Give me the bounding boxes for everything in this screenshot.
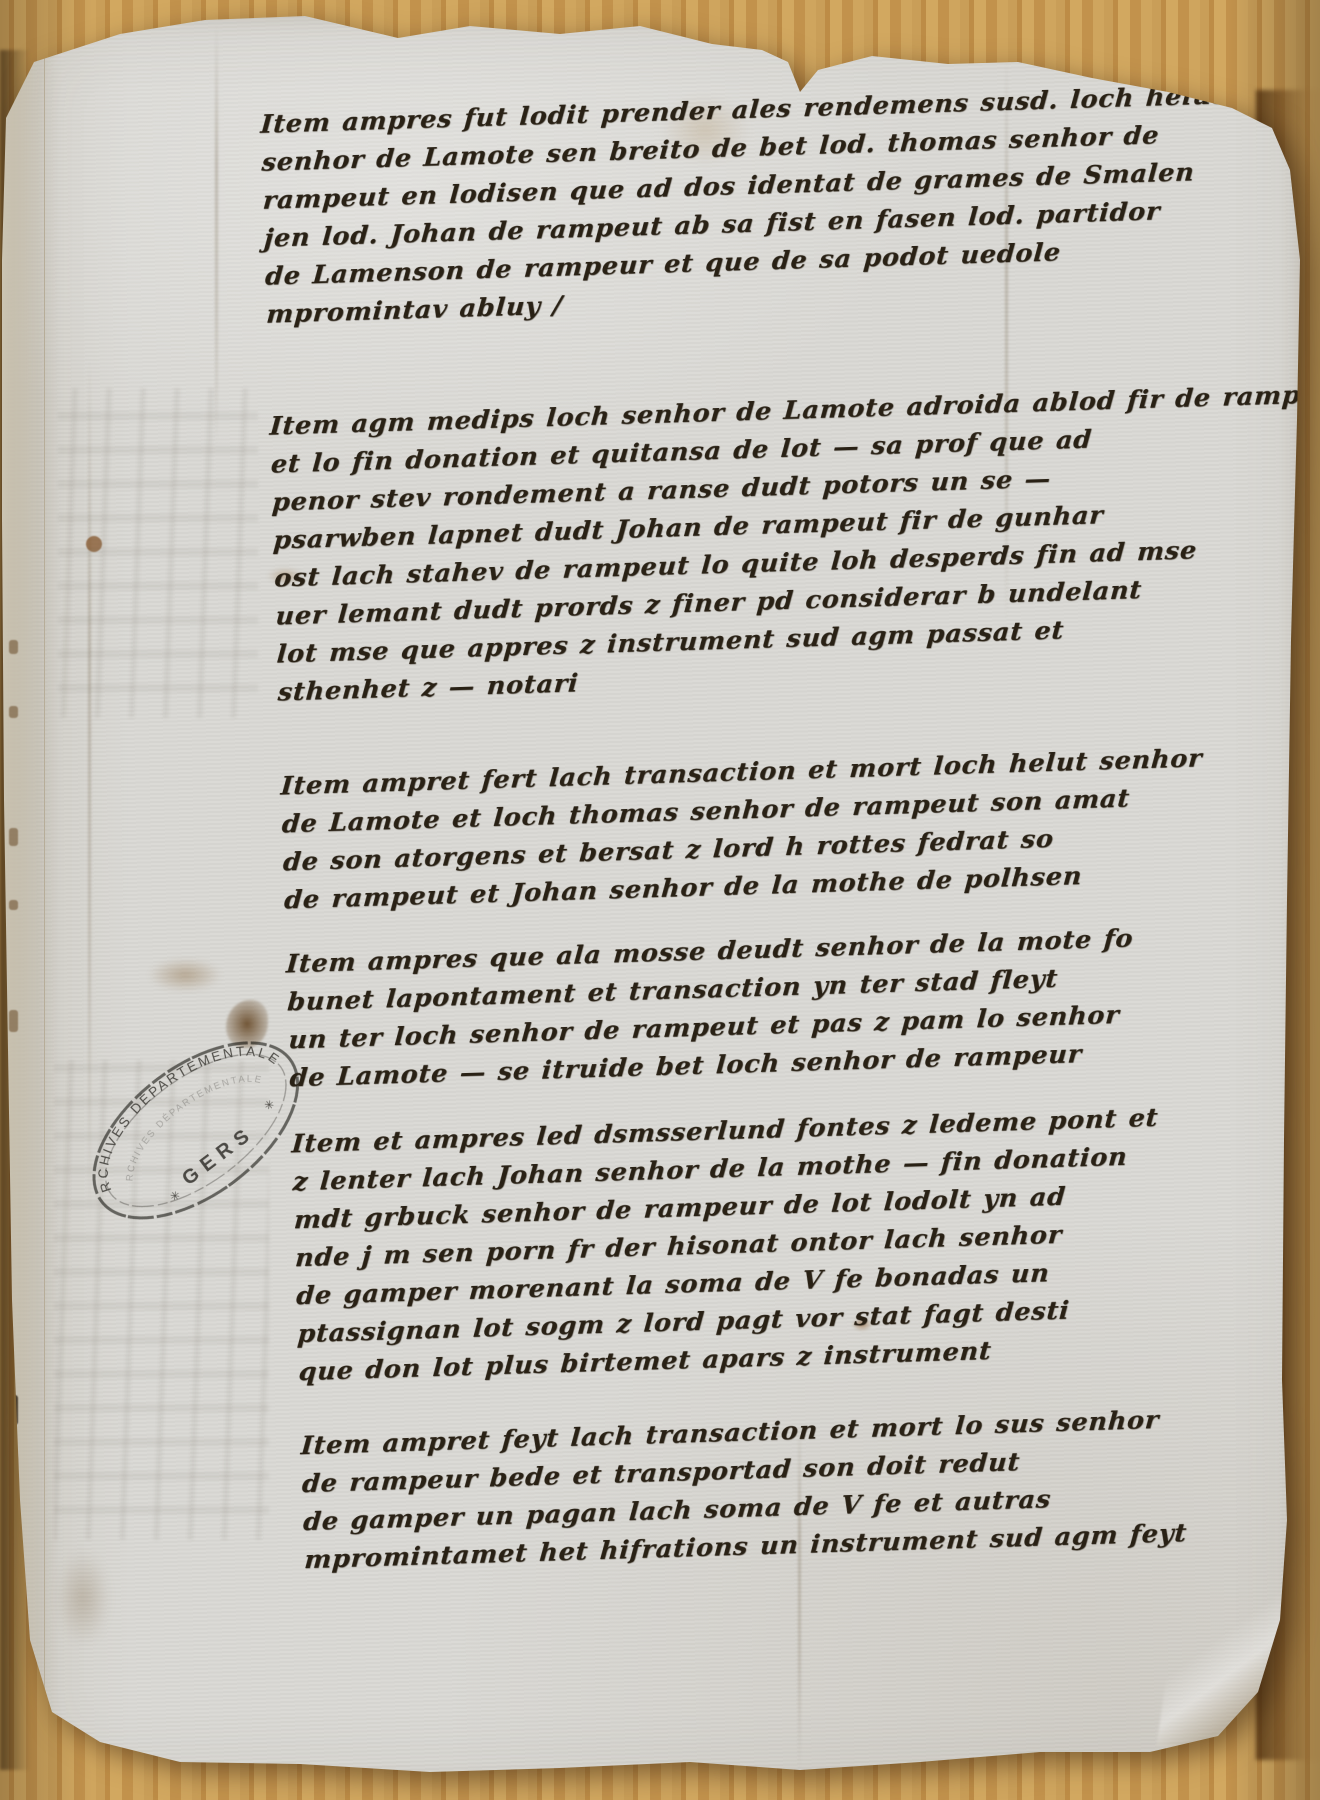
binding-stitch <box>9 1455 18 1469</box>
manuscript-paragraph: Item ampres fut lodit prender ales rende… <box>258 79 1165 334</box>
manuscript-paragraph: Item agm medips loch senhor de Lamote ad… <box>267 380 1176 711</box>
binding-gutter <box>0 0 45 1800</box>
binding-stitch <box>9 828 18 846</box>
manuscript-page: ARCHIVES DÉPARTEMENTALES ARCHIVES DÉPART… <box>0 0 1320 1800</box>
manuscript-paragraph: Item ampret fert lach transaction et mor… <box>278 740 1182 919</box>
binding-stitch <box>9 640 18 654</box>
binding-stitch <box>9 900 18 910</box>
paper-stain <box>148 958 222 992</box>
binding-stitch <box>9 1010 18 1032</box>
page-wrapper: ARCHIVES DÉPARTEMENTALES ARCHIVES DÉPART… <box>0 0 1320 1800</box>
stamp-star-left: ✳ <box>167 1187 183 1204</box>
curled-corner-highlight <box>1157 1547 1314 1763</box>
binding-stitch <box>9 706 18 718</box>
manuscript-paragraph: Item ampret feyt lach transaction et mor… <box>298 1400 1202 1579</box>
binding-stitch <box>9 1610 18 1636</box>
manuscript-photo: { "document": { "kind": "handwritten man… <box>0 0 1320 1800</box>
manuscript-paragraph: Item ampres que ala mosse deudt senhor d… <box>284 918 1188 1097</box>
ink-showthrough <box>58 388 258 718</box>
manuscript-paragraph: Item et ampres led dsmsserlund fontes z … <box>289 1098 1197 1391</box>
stamp-star-right: ✳ <box>261 1096 277 1113</box>
binding-stitch <box>9 1395 18 1425</box>
paper-stain <box>56 1550 110 1646</box>
paper-crease <box>215 25 218 445</box>
manuscript-text: Item ampres fut lodit prender ales rende… <box>258 79 1203 1580</box>
